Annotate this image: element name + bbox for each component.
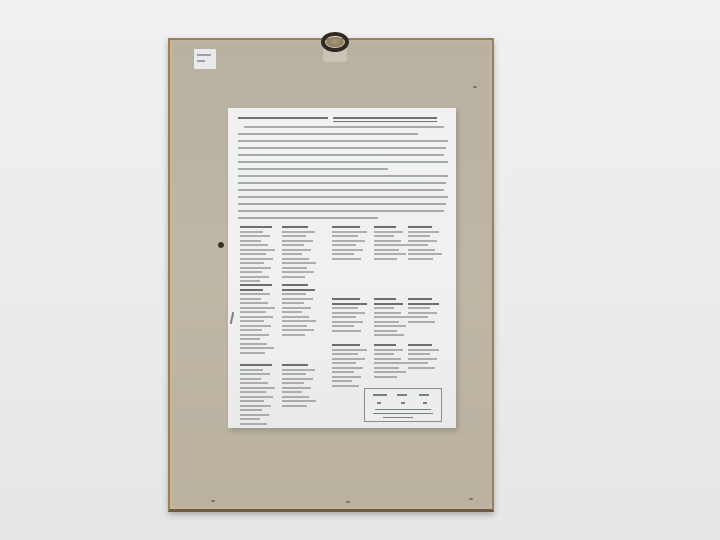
text-column <box>240 364 278 427</box>
text-column <box>408 298 446 325</box>
tack <box>473 86 477 88</box>
text-column <box>374 298 412 339</box>
text-column <box>374 226 412 262</box>
text-column <box>332 226 370 262</box>
text-line <box>238 161 448 163</box>
nail-hole <box>218 242 224 248</box>
text-line <box>238 175 448 177</box>
text-column <box>240 226 278 285</box>
inventory-sticker <box>194 49 216 69</box>
text-line <box>238 154 444 156</box>
text-column <box>332 344 370 389</box>
text-column <box>282 284 320 338</box>
tack <box>469 498 473 500</box>
text-line <box>238 196 448 198</box>
text-line <box>238 140 448 142</box>
text-column <box>282 226 320 280</box>
text-column <box>408 344 446 371</box>
text-line <box>238 182 446 184</box>
text-line <box>238 210 444 212</box>
frame-backing <box>173 42 489 507</box>
text-column <box>282 364 320 409</box>
hanging-ring-icon <box>321 32 349 52</box>
text-column <box>332 298 370 334</box>
printed-sheet <box>228 108 456 428</box>
text-line <box>238 147 446 149</box>
text-column <box>240 284 278 356</box>
picture-frame <box>168 38 494 512</box>
text-column <box>374 344 412 380</box>
text-line <box>238 189 444 191</box>
text-line <box>238 133 418 135</box>
text-line <box>238 217 378 219</box>
tack <box>211 500 215 502</box>
text-column <box>408 226 446 262</box>
stamp-box <box>364 388 442 422</box>
text-line <box>238 168 388 170</box>
tack <box>346 501 350 503</box>
text-line <box>244 126 444 128</box>
text-line <box>238 203 446 205</box>
pencil-mark <box>230 312 234 324</box>
